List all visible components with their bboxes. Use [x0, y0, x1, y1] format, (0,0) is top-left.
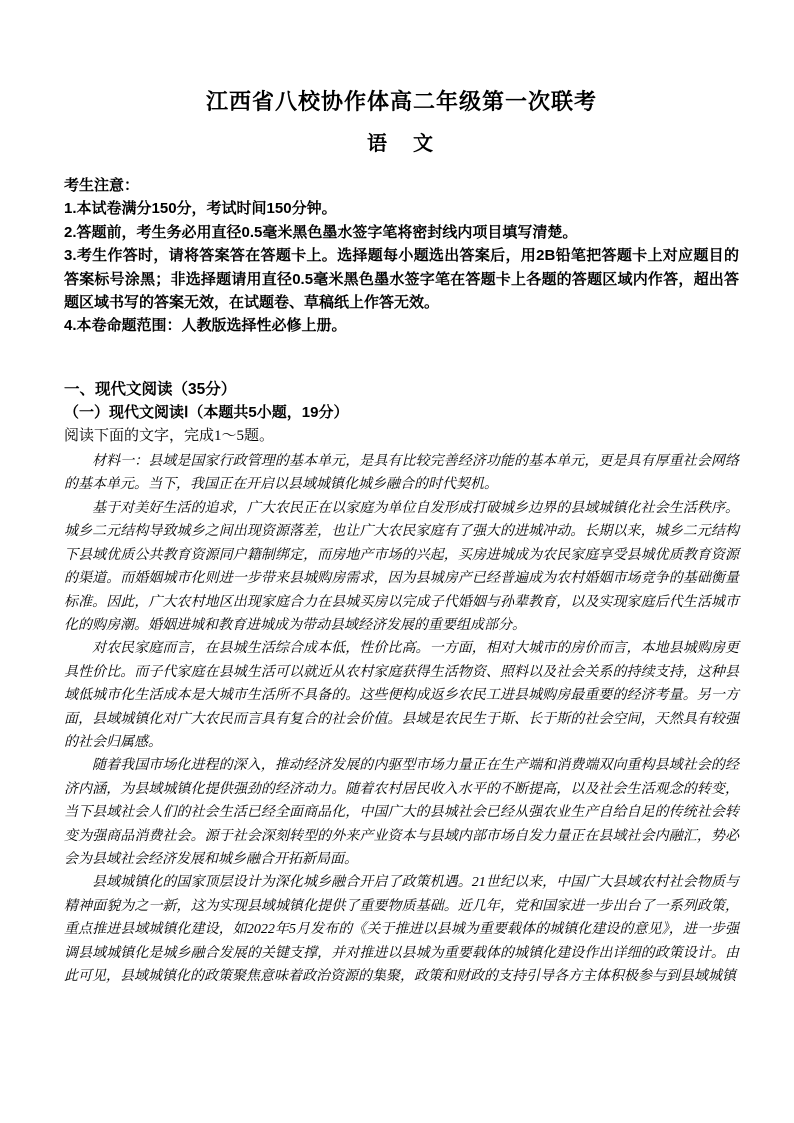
reading-instruction: 阅读下面的文字，完成1～5题。	[64, 425, 739, 448]
passage-paragraph-2: 基于对美好生活的追求，广大农民正在以家庭为单位自发形成打破城乡边界的县域城镇化社…	[64, 497, 739, 637]
passage-paragraph-1: 材料一：县域是国家行政管理的基本单元，是具有比较完善经济功能的基本单元，更是具有…	[64, 450, 739, 497]
exam-subject: 语 文	[64, 132, 739, 156]
section-heading: 一、现代文阅读（35分）	[64, 378, 739, 401]
notice-item-3: 3.考生作答时，请将答案答在答题卡上。选择题每小题选出答案后，用2B铅笔把答题卡…	[64, 244, 739, 314]
passage-paragraph-3: 对农民家庭而言，在县城生活综合成本低，性价比高。一方面，相对大城市的房价而言，本…	[64, 637, 739, 754]
exam-title: 江西省八校协作体高二年级第一次联考	[64, 88, 739, 116]
notice-item-2: 2.答题前，考生务必用直径0.5毫米黑色墨水签字笔将密封线内项目填写清楚。	[64, 221, 739, 244]
notice-heading: 考生注意：	[64, 174, 739, 197]
passage-paragraph-4: 随着我国市场化进程的深入，推动经济发展的内驱型市场力量正在生产端和消费端双向重构…	[64, 754, 739, 871]
section-subheading: （一）现代文阅读Ⅰ（本题共5小题，19分）	[64, 401, 739, 424]
notice-item-4: 4.本卷命题范围：人教版选择性必修上册。	[64, 314, 739, 337]
exam-paper-page: 江西省八校协作体高二年级第一次联考 语 文 考生注意： 1.本试卷满分150分，…	[0, 0, 794, 1123]
section-one-block: 一、现代文阅读（35分） （一）现代文阅读Ⅰ（本题共5小题，19分） 阅读下面的…	[64, 378, 739, 448]
candidate-notice-section: 考生注意： 1.本试卷满分150分，考试时间150分钟。 2.答题前，考生务必用…	[64, 174, 739, 338]
passage-paragraph-5: 县域城镇化的国家顶层设计为深化城乡融合开启了政策机遇。21世纪以来，中国广大县域…	[64, 871, 739, 988]
reading-passage: 材料一：县域是国家行政管理的基本单元，是具有比较完善经济功能的基本单元，更是具有…	[64, 450, 739, 988]
notice-item-1: 1.本试卷满分150分，考试时间150分钟。	[64, 197, 739, 220]
